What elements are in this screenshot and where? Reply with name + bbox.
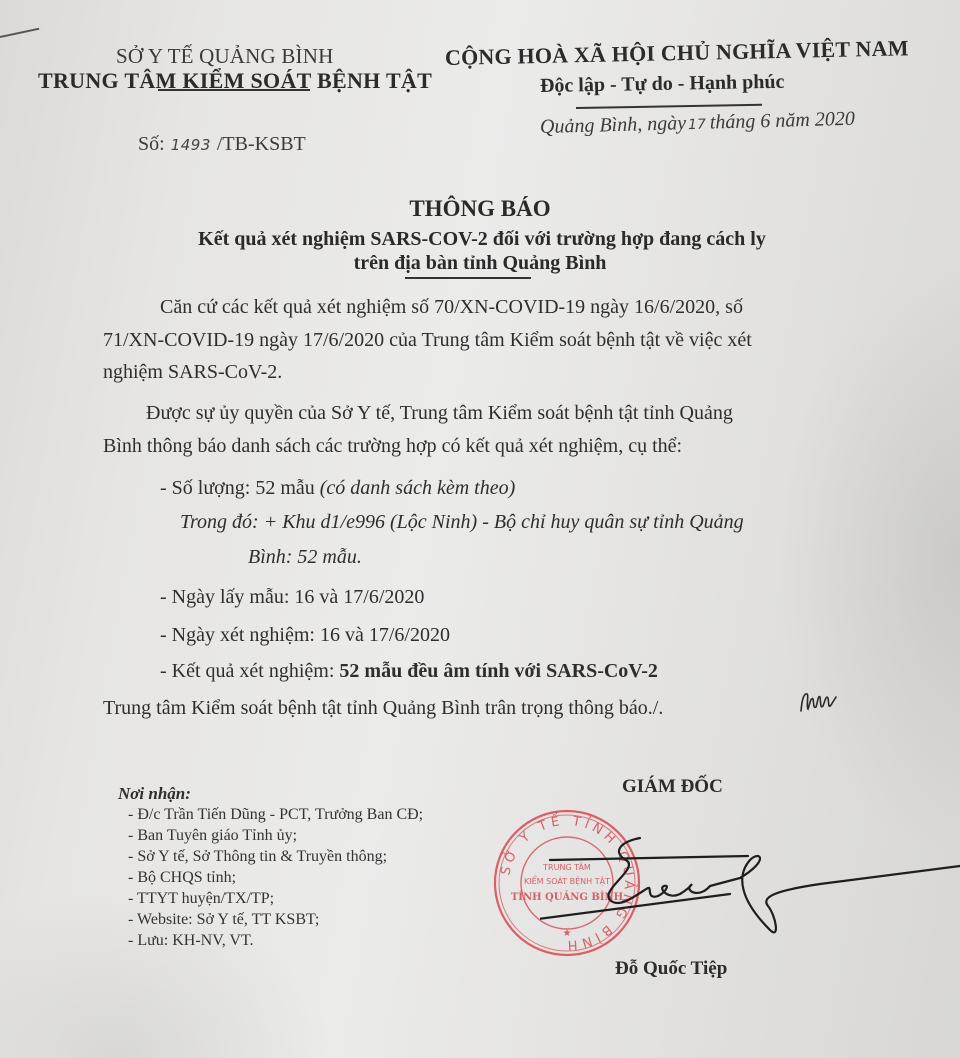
paragraph-authorization-line1: Được sự ủy quyền của Sở Y tế, Trung tâm … — [146, 402, 733, 425]
recipient-item: - Lưu: KH-NV, VT. — [128, 930, 423, 951]
bullet-quantity: - Số lượng: 52 mẫu (có danh sách kèm the… — [160, 477, 515, 500]
quantity-note: (có danh sách kèm theo) — [320, 477, 516, 499]
paragraph-authorization-line2: Bình thông báo danh sách các trường hợp … — [103, 435, 682, 458]
pen-mark — [0, 28, 39, 38]
department-name: SỞ Y TẾ QUẢNG BÌNH — [116, 44, 334, 69]
motto-underline — [576, 104, 762, 109]
result-value: 52 mẫu đều âm tính với SARS-CoV-2 — [339, 660, 658, 682]
handwritten-signature-icon — [540, 830, 960, 940]
quantity-label: - Số lượng: 52 mẫu — [160, 477, 315, 499]
subtitle-underline — [405, 277, 531, 279]
recipient-item: - Sở Y tế, Sở Thông tin & Truyền thông; — [128, 846, 423, 867]
recipient-item: - Website: Sở Y tế, TT KSBT; — [128, 909, 423, 930]
bullet-test-result: - Kết quả xét nghiệm: 52 mẫu đều âm tính… — [160, 660, 658, 683]
handwritten-day: 17 — [688, 117, 706, 133]
bullet-test-date: - Ngày xét nghiệm: 16 và 17/6/2020 — [160, 624, 450, 647]
document-subtitle-line1: Kết quả xét nghiệm SARS-COV-2 đối với tr… — [0, 228, 960, 251]
recipient-item: - TTYT huyện/TX/TP; — [128, 888, 423, 909]
recipient-item: - Bộ CHQS tỉnh; — [128, 867, 423, 888]
detail-line1: Trong đó: + Khu d1/e996 (Lộc Ninh) - Bộ … — [180, 511, 744, 534]
recipient-item: - Ban Tuyên giáo Tỉnh ủy; — [128, 825, 423, 846]
recipients-list: - Đ/c Trần Tiến Dũng - PCT, Trưởng Ban C… — [128, 804, 423, 951]
paragraph-basis-line3: nghiệm SARS-CoV-2. — [103, 361, 282, 384]
date-suffix: tháng 6 năm 2020 — [710, 108, 856, 134]
paragraph-basis-line1: Căn cứ các kết quả xét nghiệm số 70/XN-C… — [160, 296, 743, 319]
recipients-heading: Nơi nhận: — [118, 784, 191, 804]
signer-name: Đỗ Quốc Tiệp — [615, 958, 727, 980]
number-label: Số: — [138, 133, 165, 155]
closing-sentence: Trung tâm Kiểm soát bệnh tật tỉnh Quảng … — [103, 697, 663, 720]
detail-line2: Bình: 52 mẫu. — [248, 546, 362, 569]
document-title: THÔNG BÁO — [0, 196, 960, 222]
number-suffix: /TB-KSBT — [217, 133, 306, 155]
paragraph-basis-line2: 71/XN-COVID-19 ngày 17/6/2020 của Trung … — [103, 329, 752, 352]
handwritten-number: 1493 — [171, 136, 211, 154]
national-motto: Độc lập - Tự do - Hạnh phúc — [540, 71, 785, 98]
signer-position: GIÁM ĐỐC — [622, 776, 723, 798]
bullet-sample-date: - Ngày lấy mẫu: 16 và 17/6/2020 — [160, 586, 424, 609]
country-name: CỘNG HOÀ XÃ HỘI CHỦ NGHĨA VIỆT NAM — [445, 35, 909, 71]
document-number: Số:1493/TB-KSBT — [138, 133, 306, 156]
initials-mark-icon — [798, 689, 838, 717]
date-prefix: Quảng Bình, ngày — [540, 112, 687, 138]
organization-underline — [158, 89, 310, 91]
recipient-item: - Đ/c Trần Tiến Dũng - PCT, Trưởng Ban C… — [128, 804, 423, 825]
document-subtitle-line2: trên địa bàn tỉnh Quảng Bình — [0, 252, 960, 275]
result-label: - Kết quả xét nghiệm: — [160, 660, 334, 682]
document-date: Quảng Bình, ngày17tháng 6 năm 2020 — [540, 108, 855, 139]
